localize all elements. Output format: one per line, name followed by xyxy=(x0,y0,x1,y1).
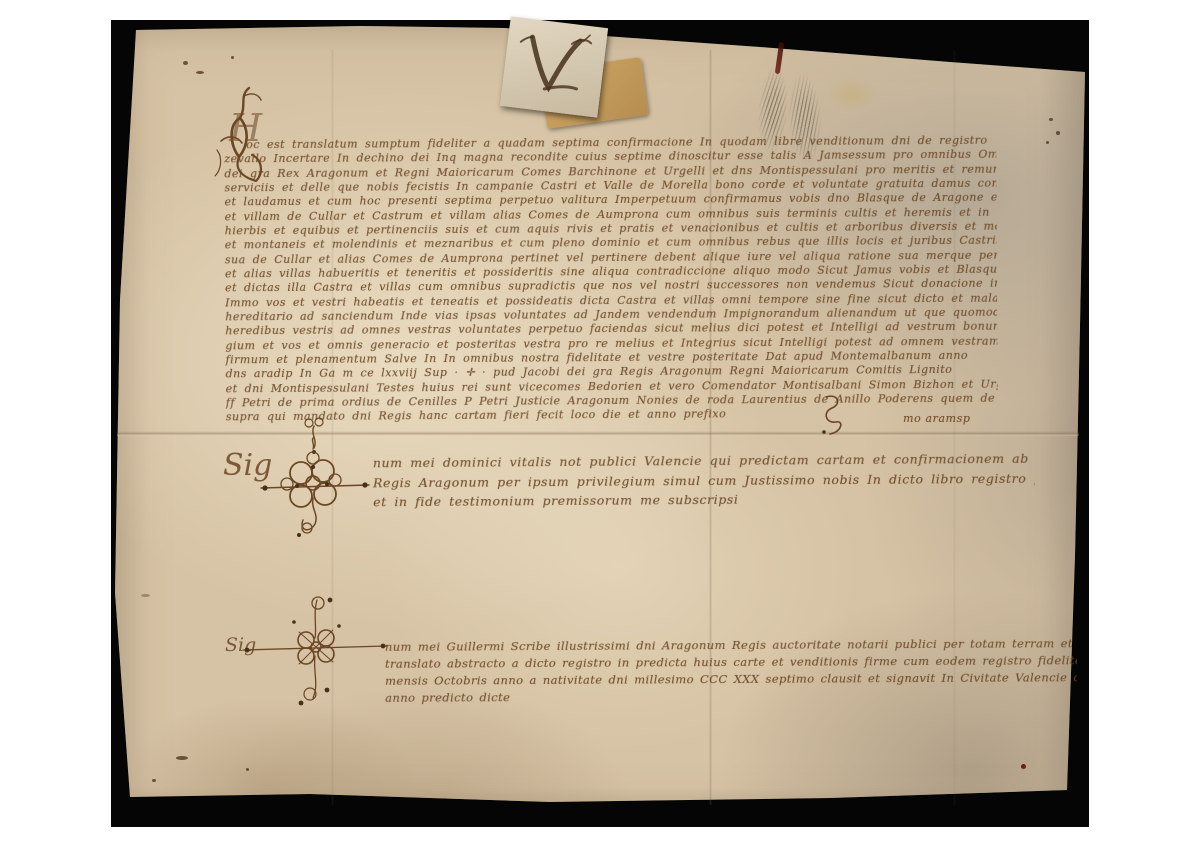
notarial-text-block-1: num mei dominici vitalis not publici Val… xyxy=(373,451,1035,526)
notary-paraph xyxy=(817,392,847,436)
notarial-knot-sign-2 xyxy=(241,592,391,710)
text-line: translato abstracto a dicto registro in … xyxy=(385,653,1077,671)
text-line: mensis Octobris anno a nativitate dni mi… xyxy=(385,670,1077,688)
text-line: Regis Aragonum per ipsum privilegium sim… xyxy=(373,471,1035,491)
text-line: et in fide testimonium premissorum me su… xyxy=(373,491,803,509)
seal-tag xyxy=(500,16,608,117)
ink-speck xyxy=(183,61,188,65)
red-ink-speck xyxy=(1021,764,1026,769)
notarial-text-block-2: num mei Guillermi Scribe illustrissimi d… xyxy=(385,636,1077,715)
text-line: anno predicto dicte xyxy=(385,690,585,705)
ink-speck xyxy=(1049,118,1053,121)
ink-speck xyxy=(176,756,188,760)
ink-speck xyxy=(1056,131,1060,135)
ink-speck xyxy=(231,56,234,59)
main-text-block: oc est translatum sumptum fideliter a qu… xyxy=(224,134,998,439)
black-mat-background: H oc est translatum sumptum fideliter a … xyxy=(111,20,1089,827)
ink-speck xyxy=(1046,141,1049,144)
text-line: num mei dominici vitalis not publici Val… xyxy=(373,451,1035,471)
ink-speck xyxy=(196,71,204,74)
ink-speck xyxy=(246,768,249,771)
yellow-stain xyxy=(827,76,877,112)
ink-speck xyxy=(141,594,150,597)
notarial-knot-sign-1 xyxy=(257,436,375,540)
text-line: num mei Guillermi Scribe illustrissimi d… xyxy=(385,636,1077,654)
marginal-fragment: mo aramsp xyxy=(903,412,970,425)
manuscript-photo: H oc est translatum sumptum fideliter a … xyxy=(0,0,1200,848)
seal-tag-initial-glyph xyxy=(500,16,608,117)
ink-speck xyxy=(152,779,156,782)
